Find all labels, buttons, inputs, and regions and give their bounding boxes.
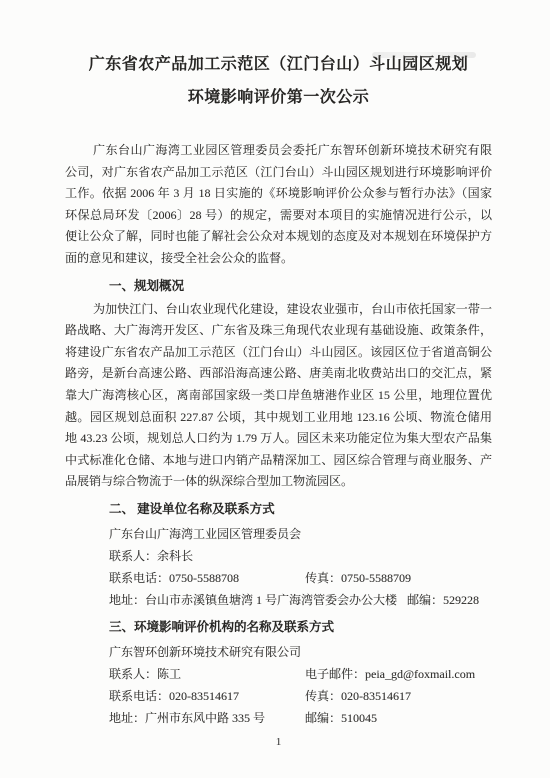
plan-overview-paragraph: 为加快江门、台山农业现代化建设，建设农业强市，台山市依托国家一带一 路战略、大广… xyxy=(65,299,492,493)
section-heading-builder: 二、 建设单位名称及联系方式 xyxy=(109,498,492,520)
paragraph-line: 中式标准化仓储、本地与进口内销产品精深加工、园区综合管理与商业服务、产 xyxy=(65,450,492,472)
paragraph-line: 工作。依据 2006 年 3 月 18 日实施的《环境影响评价公众参与暂行办法》… xyxy=(65,183,492,205)
scan-artifact xyxy=(372,52,476,58)
eia-zip: 邮编：510045 xyxy=(305,707,377,729)
paragraph-line: 路旁，是新台高速公路、西部沿海高速公路、唐美南北收费站出口的交汇点，紧 xyxy=(65,363,492,385)
eia-phone-fax-row: 联系电话：020-83514617 传真：020-83514617 xyxy=(109,685,492,707)
page-content: 广东省农产品加工示范区（江门台山）斗山园区规划 环境影响评价第一次公示 广东台山… xyxy=(0,0,550,749)
builder-contact-person: 联系人：余科长 xyxy=(109,545,492,567)
paragraph-line: 环保总局环发〔2006〕28 号）的规定，需要对本项目的实施情况进行公示，以 xyxy=(65,205,492,227)
paragraph-line: 将建设广东省农产品加工示范区（江门台山）斗山园区。该园区位于省道高铜公 xyxy=(65,342,492,364)
paragraph-line: 面的意见和建议，接受全社会公众的监督。 xyxy=(65,248,492,270)
paragraph-line: 公司，对广东省农产品加工示范区（江门台山）斗山园区规划进行环境影响评价 xyxy=(65,162,492,184)
builder-org-name: 广东台山广海湾工业园区管理委员会 xyxy=(109,523,492,545)
paragraph-line: 广东台山广海湾工业园区管理委员会委托广东智环创新环境技术研究有限 xyxy=(65,140,492,162)
eia-address: 地址：广州市东风中路 335 号 xyxy=(109,711,265,725)
builder-address-row: 地址：台山市赤溪镇鱼塘湾 1 号广海湾管委会办公大楼 邮编：529228 xyxy=(109,589,492,611)
eia-phone: 联系电话：020-83514617 xyxy=(109,689,239,703)
section-heading-plan: 一、规划概况 xyxy=(109,275,492,297)
scanned-document-page: 广东省农产品加工示范区（江门台山）斗山园区规划 环境影响评价第一次公示 广东台山… xyxy=(0,0,550,778)
builder-fax: 传真：0750-5588709 xyxy=(305,567,411,589)
document-title-line2: 环境影响评价第一次公示 xyxy=(65,81,492,114)
intro-paragraph: 广东台山广海湾工业园区管理委员会委托广东智环创新环境技术研究有限 公司，对广东省… xyxy=(65,140,492,270)
builder-phone: 联系电话：0750-5588708 xyxy=(109,571,239,585)
eia-contact-person: 联系人：陈工 xyxy=(109,667,181,681)
paragraph-line: 靠大广海湾核心区，离南部国家级一类口岸鱼塘港作业区 15 公里，地理位置优 xyxy=(65,385,492,407)
eia-address-row: 地址：广州市东风中路 335 号 邮编：510045 xyxy=(109,707,492,729)
eia-contact-email-row: 联系人：陈工 电子邮件：peia_gd@foxmail.com xyxy=(109,663,492,685)
builder-phone-fax-row: 联系电话：0750-5588708 传真：0750-5588709 xyxy=(109,567,492,589)
paragraph-line: 路战略、大广海湾开发区、广东省及珠三角现代农业现有基础设施、政策条件， xyxy=(65,320,492,342)
paragraph-line: 地 43.23 公顷，规划总人口约为 1.79 万人。园区未来功能定位为集大型农… xyxy=(65,428,492,450)
builder-zip: 邮编：529228 xyxy=(407,589,479,611)
paragraph-line: 为加快江门、台山农业现代化建设，建设农业强市，台山市依托国家一带一 xyxy=(65,299,492,321)
paragraph-line: 越。园区规划总面积 227.87 公顷，其中规划工业用地 123.16 公顷、物… xyxy=(65,407,492,429)
eia-org-name: 广东智环创新环境技术研究有限公司 xyxy=(109,641,492,663)
eia-email: 电子邮件：peia_gd@foxmail.com xyxy=(305,663,475,685)
section-heading-eia: 三、环境影响评价机构的名称及联系方式 xyxy=(109,616,492,638)
paragraph-line: 便让公众了解，同时也能了解社会公众对本规划的态度及对本规划在环境保护方 xyxy=(65,226,492,248)
page-number: 1 xyxy=(65,735,492,749)
builder-contact-block: 广东台山广海湾工业园区管理委员会 联系人：余科长 联系电话：0750-55887… xyxy=(109,523,492,611)
paragraph-line: 品展销与综合物流于一体的纵深综合型加工物流园区。 xyxy=(65,471,492,493)
eia-fax: 传真：020-83514617 xyxy=(305,685,411,707)
builder-address: 地址：台山市赤溪镇鱼塘湾 1 号广海湾管委会办公大楼 xyxy=(109,589,397,611)
eia-contact-block: 广东智环创新环境技术研究有限公司 联系人：陈工 电子邮件：peia_gd@fox… xyxy=(109,641,492,729)
